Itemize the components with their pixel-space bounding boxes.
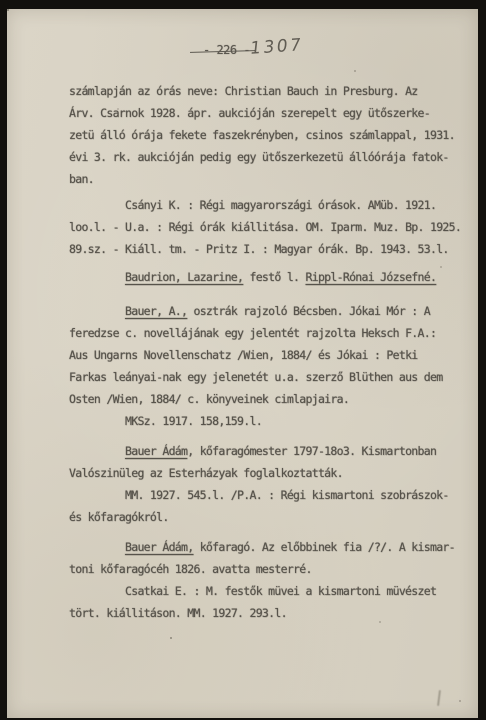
line-text: Valószinüleg az Esterházyak foglalkoztat…: [69, 466, 343, 480]
typed-text-body: számlapján az órás neve: Christian Bauch…: [69, 80, 454, 624]
page-number-handwritten: 1307: [249, 35, 304, 59]
line-text: Csatkai E. : M. festők müvei a kismarton…: [125, 584, 436, 598]
line-text: számlapján az órás neve: Christian Bauch…: [69, 84, 418, 98]
text-line: Farkas leányai-nak egy jelenetét u.a. sz…: [69, 366, 454, 388]
entry-continuation-paragraph: számlapján az órás neve: Christian Bauch…: [69, 80, 454, 190]
line-text: zetü álló órája fekete faszekrényben, cs…: [69, 128, 455, 142]
text-line: számlapján az órás neve: Christian Bauch…: [69, 80, 454, 102]
lexicon-entry: Bauer Ádám, kőfaragómester 1797-18o3. Ki…: [69, 440, 454, 528]
cross-reference-entry: Baudrion, Lazarine, festő l. Rippl-Rónai…: [69, 266, 454, 288]
line-text: ban.: [69, 172, 94, 186]
entry-name: Bauer Ádám: [125, 444, 187, 458]
text-line: MKSz. 1917. 158,159.l.: [69, 410, 454, 432]
text-line: Baudrion, Lazarine, festő l. Rippl-Rónai…: [69, 266, 454, 288]
entry-name: Baudrion, Lazarine,: [125, 270, 243, 284]
text-line: Valószinüleg az Esterházyak foglalkoztat…: [69, 462, 454, 484]
text-line: MM. 1927. 545.l. /P.A. : Régi kismartoni…: [69, 484, 454, 506]
text-line: ban.: [69, 168, 454, 190]
line-text: festő l.: [243, 270, 305, 284]
text-line: Bauer Ádám, kőfaragómester 1797-18o3. Ki…: [69, 440, 454, 462]
line-text: Aus Ungarns Novellenschatz /Wien, 1884/ …: [69, 348, 418, 362]
text-line: Árv. Csarnok 1928. ápr. aukcióján szerep…: [69, 102, 454, 124]
text-line: 89.sz. - Kiáll. tm. - Pritz I. : Magyar …: [69, 238, 454, 260]
line-text: kőfaragó. Az előbbinek fia /?/. A kismar…: [193, 540, 454, 554]
line-text: Csányi K. : Régi magyarországi órások. A…: [125, 198, 436, 212]
scanned-document-page: - 226 - 1307 számlapján az órás neve: Ch…: [0, 0, 486, 720]
typed-page-number: - 226 -: [203, 43, 250, 57]
line-text: osztrák rajzoló Bécsben. Jókai Mór : A: [187, 304, 430, 318]
line-text: Osten /Wien, 1884/ c. könyveinek cimlapj…: [69, 392, 349, 406]
line-text: 89.sz. - Kiáll. tm. - Pritz I. : Magyar …: [69, 242, 449, 256]
line-text: MKSz. 1917. 158,159.l.: [125, 414, 262, 428]
line-text: évi 3. rk. aukcióján pedig egy ütőszerke…: [69, 150, 449, 164]
line-text: feredzse c. novellájának egy jelentét ra…: [69, 326, 436, 340]
text-line: és kőfaragókról.: [69, 506, 454, 528]
text-line: Bauer Ádám, kőfaragó. Az előbbinek fia /…: [69, 536, 454, 558]
line-text: toni kőfaragócéh 1826. avatta mesterré.: [69, 562, 312, 576]
text-line: toni kőfaragócéh 1826. avatta mesterré.: [69, 558, 454, 580]
line-text: loo.l. - U.a. : Régi órák kiállitása. OM…: [69, 220, 461, 234]
entry-name: Bauer Ádám,: [125, 540, 193, 554]
text-line: Bauer, A., osztrák rajzoló Bécsben. Jóka…: [69, 300, 454, 322]
page-number-struck: - 226 -: [203, 43, 250, 57]
text-line: loo.l. - U.a. : Régi órák kiállitása. OM…: [69, 216, 454, 238]
lexicon-entry: Bauer, A., osztrák rajzoló Bécsben. Jóka…: [69, 300, 454, 432]
line-text: , kőfaragómester 1797-18o3. Kismartonban: [187, 444, 436, 458]
text-line: tört. kiállitáson. MM. 1927. 293.l.: [69, 602, 454, 624]
entry-name: Bauer, A.,: [125, 304, 187, 318]
text-line: feredzse c. novellájának egy jelentét ra…: [69, 322, 454, 344]
line-text: Árv. Csarnok 1928. ápr. aukcióján szerep…: [69, 106, 430, 120]
line-text: és kőfaragókról.: [69, 510, 169, 524]
text-line: évi 3. rk. aukcióján pedig egy ütőszerke…: [69, 146, 454, 168]
text-line: Aus Ungarns Novellenschatz /Wien, 1884/ …: [69, 344, 454, 366]
line-text: MM. 1927. 545.l. /P.A. : Régi kismartoni…: [125, 488, 449, 502]
text-line: Csányi K. : Régi magyarországi órások. A…: [69, 194, 454, 216]
text-line: zetü álló órája fekete faszekrényben, cs…: [69, 124, 454, 146]
paper-sheet: - 226 - 1307 számlapján az órás neve: Ch…: [7, 9, 478, 718]
reference-name: Rippl-Rónai Józsefné.: [306, 270, 437, 284]
scan-dust-specks: [7, 9, 9, 11]
text-line: Osten /Wien, 1884/ c. könyveinek cimlapj…: [69, 388, 454, 410]
pencil-stray-mark: [437, 690, 441, 706]
lexicon-entry: Bauer Ádám, kőfaragó. Az előbbinek fia /…: [69, 536, 454, 624]
line-text: tört. kiállitáson. MM. 1927. 293.l.: [69, 606, 287, 620]
text-line: Csatkai E. : M. festők müvei a kismarton…: [69, 580, 454, 602]
bibliography-paragraph: Csányi K. : Régi magyarországi órások. A…: [69, 194, 454, 260]
line-text: Farkas leányai-nak egy jelenetét u.a. sz…: [69, 370, 442, 384]
